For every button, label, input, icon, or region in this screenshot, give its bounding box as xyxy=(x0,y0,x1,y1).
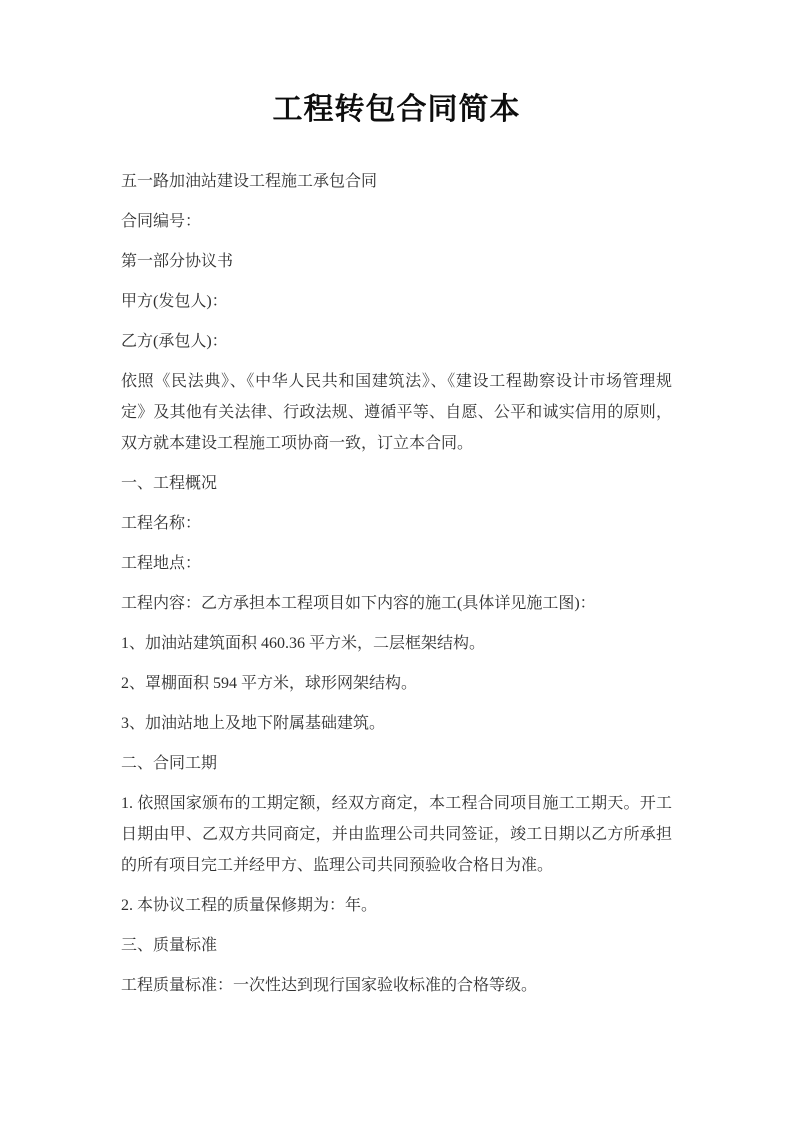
duration-clause-2: 2. 本协议工程的质量保修期为：年。 xyxy=(121,890,672,921)
party-a-line: 甲方(发包人)： xyxy=(121,286,672,317)
section3-heading: 三、质量标准 xyxy=(121,930,672,961)
quality-standard-line: 工程质量标准：一次性达到现行国家验收标准的合格等级。 xyxy=(121,970,672,1001)
contract-subtitle: 五一路加油站建设工程施工承包合同 xyxy=(121,166,672,197)
part-one-heading: 第一部分协议书 xyxy=(121,246,672,277)
document-title: 工程转包合同简本 xyxy=(121,88,672,132)
content-item-3: 3、加油站地上及地下附属基础建筑。 xyxy=(121,708,672,739)
section1-heading: 一、工程概况 xyxy=(121,468,672,499)
duration-clause-1: 1. 依照国家颁布的工期定额，经双方商定，本工程合同项目施工工期天。开工日期由甲… xyxy=(121,788,672,881)
party-b-line: 乙方(承包人)： xyxy=(121,326,672,357)
content-item-1: 1、加油站建筑面积 460.36 平方米，二层框架结构。 xyxy=(121,628,672,659)
project-name-line: 工程名称： xyxy=(121,508,672,539)
contract-document-page: 工程转包合同简本 五一路加油站建设工程施工承包合同 合同编号： 第一部分协议书 … xyxy=(0,0,793,1122)
content-item-2: 2、罩棚面积 594 平方米，球形网架结构。 xyxy=(121,668,672,699)
contract-number-line: 合同编号： xyxy=(121,206,672,237)
preamble-paragraph: 依照《民法典》、《中华人民共和国建筑法》、《建设工程勘察设计市场管理规定》及其他… xyxy=(121,366,672,459)
section2-heading: 二、合同工期 xyxy=(121,748,672,779)
project-content-line: 工程内容：乙方承担本工程项目如下内容的施工(具体详见施工图)： xyxy=(121,588,672,619)
project-location-line: 工程地点： xyxy=(121,548,672,579)
